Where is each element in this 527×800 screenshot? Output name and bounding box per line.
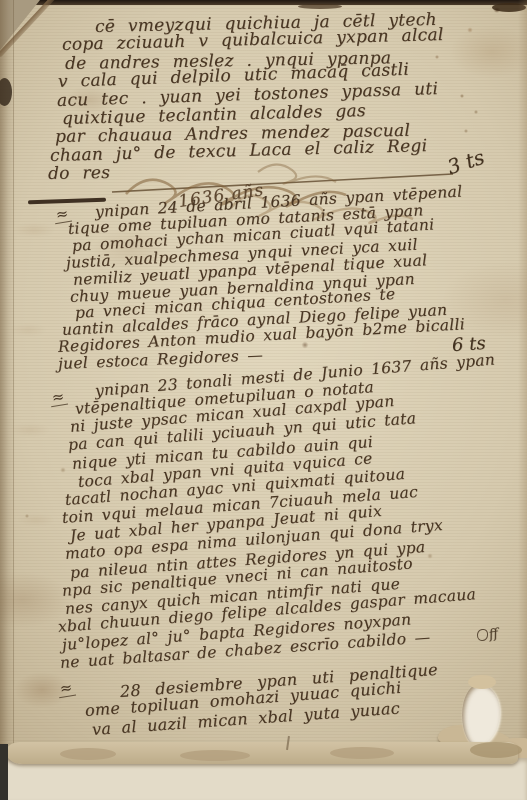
- paragraph-3: ynipan 23 tonali mesti de Junio 1637 añs…: [0, 382, 480, 673]
- torn-edge-stain: [330, 747, 394, 759]
- manuscript-photo: cē vmeyzqui quichiua ja cētl ytech copa …: [0, 0, 527, 800]
- right-page-edge: [518, 0, 527, 762]
- underlying-sheet: [0, 758, 527, 800]
- backdrop-corner: [0, 744, 8, 800]
- paragraph-1: cē vmeyzqui quichiua ja cētl ytech copa …: [0, 18, 480, 184]
- torn-edge-stain: [470, 742, 522, 758]
- torn-edge-stain: [60, 748, 116, 760]
- torn-edge-stain: [180, 750, 250, 761]
- paragraph-4: 28 desiembre ypan uti penaltique ome top…: [0, 682, 480, 739]
- torn-paper-flap: [468, 675, 496, 689]
- top-page-edge: [0, 0, 527, 5]
- top-edge-stain: [298, 4, 342, 9]
- paragraph-2: ynipan 24 de abril 1636 añs ypan vtēpena…: [0, 204, 480, 373]
